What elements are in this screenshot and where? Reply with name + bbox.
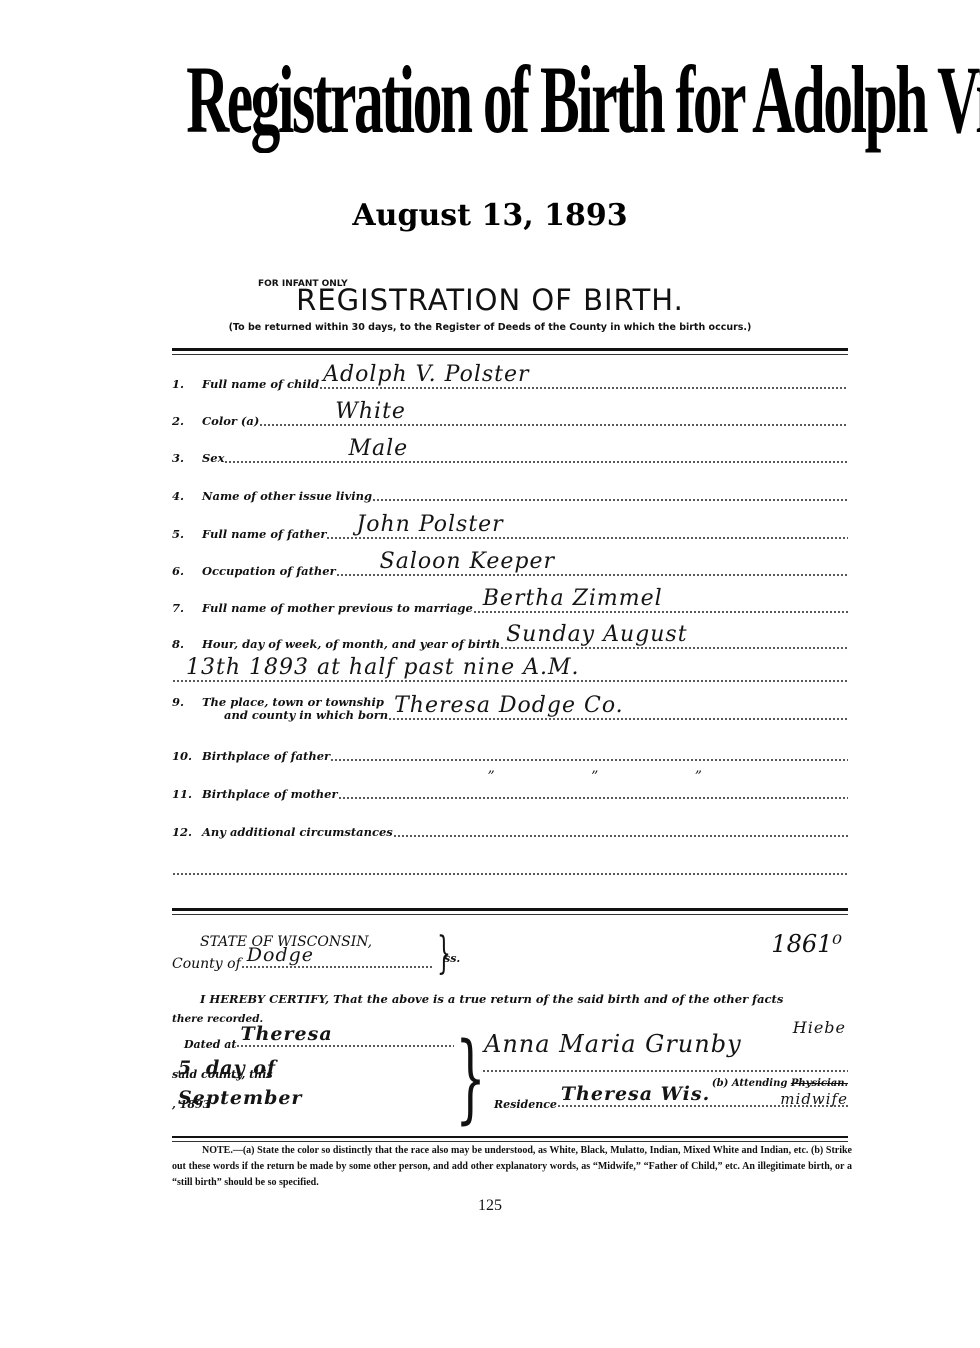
form-title-text: REGISTRATION OF BIRTH. (296, 283, 684, 317)
attending-label: (b) Attending Physician. (712, 1078, 848, 1089)
form-overprint: FOR INFANT ONLY (258, 279, 348, 289)
signature-note: Hiebe (793, 1018, 846, 1037)
residence-value: Theresa Wis. (561, 1083, 710, 1105)
county-value: Dodge (247, 944, 314, 966)
field-sex: 3.Sex Male (172, 439, 848, 467)
county-line: County of Dodge (172, 956, 432, 972)
child-name-value: Adolph V. Polster (323, 362, 529, 387)
signature-line (482, 1062, 848, 1076)
field-birthplace: 9.The place, town or townshipand county … (172, 690, 848, 724)
page-date: August 13, 1893 (0, 198, 980, 233)
mother-maiden-name-value: Bertha Zimmel (483, 586, 663, 611)
brace-2: } (455, 1030, 486, 1126)
father-name-value: John Polster (356, 512, 503, 537)
father-occupation-value: Saloon Keeper (380, 549, 555, 574)
field-color: 2.Color (a) White (172, 402, 848, 430)
birth-time-value: Sunday August (506, 622, 687, 647)
day-value: 5 (178, 1057, 192, 1079)
registration-number: 1861⁰ (771, 930, 842, 958)
bottom-divider (172, 1136, 848, 1138)
page-title: Registration of Birth for Adolph Vincent… (186, 52, 794, 148)
sex-value: Male (348, 436, 408, 461)
field-father-occupation: 6.Occupation of father Saloon Keeper (172, 552, 848, 580)
footnote: NOTE.—(a) State the color so distinctly … (172, 1143, 852, 1191)
field-father-name: 5.Full name of father John Polster (172, 515, 848, 543)
dated-at-line: Dated at Theresa (184, 1038, 454, 1051)
color-value: White (335, 399, 406, 424)
birthplace-value: Theresa Dodge Co. (394, 693, 624, 718)
form-title: FOR INFANT ONLY REGISTRATION OF BIRTH. (0, 283, 980, 317)
field-additional-circumstances: 12.Any additional circumstances (172, 813, 848, 841)
page-number: 125 (0, 1197, 980, 1215)
form-instructions: (To be returned within 30 days, to the R… (0, 322, 980, 333)
field-mother-birthplace: 11.Birthplace of mother ” ” ” (172, 775, 848, 803)
field-child-name: 1.Full name of child Adolph V. Polster (172, 365, 848, 393)
field-birth-time-continued: 13th 1893 at half past nine A.M. (172, 658, 848, 686)
field-father-birthplace: 10.Birthplace of father (172, 737, 848, 765)
month-value: September (178, 1087, 302, 1109)
top-divider (172, 348, 848, 351)
dated-at-value: Theresa (240, 1023, 332, 1045)
field-mother-maiden-name: 7.Full name of mother previous to marria… (172, 589, 848, 617)
attendant-signature: Anna Maria Grunby (484, 1030, 742, 1058)
month-line: September , 1893 (172, 1098, 454, 1111)
residence-line: Residence Theresa Wis. (494, 1098, 848, 1111)
field-additional-continued (172, 851, 848, 879)
day-of-text: day of (206, 1057, 276, 1079)
middle-divider (172, 908, 848, 911)
field-birth-time: 8.Hour, day of week, of month, and year … (172, 625, 848, 653)
birth-time-continued-value: 13th 1893 at half past nine A.M. (186, 655, 580, 680)
said-county-line: said county, this 5 day of (172, 1068, 454, 1081)
field-other-issue: 4.Name of other issue living (172, 477, 848, 505)
certify-statement: I HEREBY CERTIFY, That the above is a tr… (200, 992, 783, 1006)
ss-label: ss. (444, 952, 460, 965)
mother-birthplace-ditto: ” ” ” (488, 769, 703, 785)
struck-physician: Physician. (791, 1078, 848, 1089)
